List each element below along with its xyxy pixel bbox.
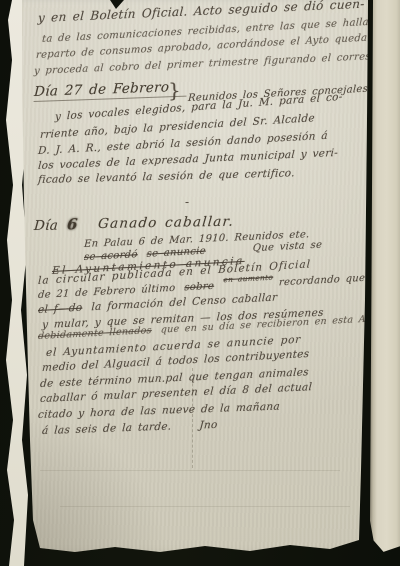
manuscript-line: citado y hora de las nueve de la mañana (38, 402, 281, 421)
line-text: á las seis de la tarde. (42, 420, 172, 437)
paper-crease (192, 368, 193, 468)
interlined-struck-text: en aumento (223, 273, 273, 285)
struck-text: el f—do (38, 302, 83, 316)
line-text: Que vista se (252, 239, 322, 254)
line-text: citado y hora de las nueve de la mañana (38, 401, 281, 421)
signature-rubric: Jno (199, 419, 218, 432)
entry-title: Ganado caballar. (97, 216, 234, 232)
entry-date-heading: Día 27 de Febrero (34, 81, 188, 102)
brace-mark: } (168, 80, 181, 100)
day-label: Día (33, 218, 58, 234)
day-number-ink-blot: 6 (67, 215, 79, 233)
entry-date-heading: Día6 (33, 217, 78, 233)
adjacent-page-edge (370, 0, 400, 566)
paper-crease (60, 506, 350, 507)
paper-crease (40, 470, 340, 471)
manuscript-line: ficado se levantó la sesión de que certi… (38, 168, 296, 185)
struck-text: sobre (184, 281, 214, 294)
manuscript-page: y en el Boletín Oficial. Acto seguido se… (0, 0, 400, 566)
separator-dash: - (185, 196, 189, 208)
line-text: recordando que (279, 273, 366, 289)
manuscript-photo: y en el Boletín Oficial. Acto seguido se… (0, 0, 400, 566)
